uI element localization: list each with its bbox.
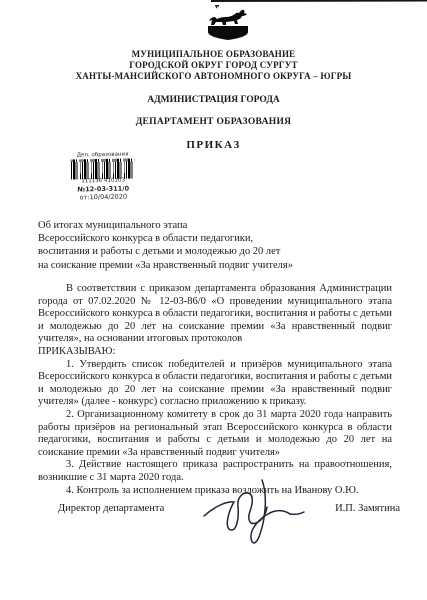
org-line-2: ГОРОДСКОЙ ОКРУГ ГОРОД СУРГУТ: [0, 60, 427, 71]
subject-line-4: на соискание премии «За нравственный под…: [38, 259, 383, 272]
signer-position: Директор департамента: [58, 503, 164, 514]
order-body: В соответствии с приказом департамента о…: [38, 283, 392, 497]
signature-row: Директор департамента И.П. Замятина: [58, 503, 400, 514]
document-number: №12-03-311/0: [69, 184, 137, 193]
order-item-1: 1. Утвердить список победителей и призёр…: [38, 359, 392, 409]
barcode: [71, 158, 135, 179]
order-subject: Об итогах муниципального этапа Всероссий…: [38, 219, 383, 272]
stamp-department-label: Деп. образования: [69, 151, 137, 158]
subject-line-3: воспитания и работы с детьми и молодежью…: [38, 245, 383, 258]
order-document-page: МУНИЦИПАЛЬНОЕ ОБРАЗОВАНИЕ ГОРОДСКОЙ ОКРУ…: [0, 0, 427, 600]
subject-line-2: Всероссийского конкурса в области педаго…: [38, 232, 383, 245]
document-date: от:10/04/2020: [69, 192, 137, 201]
scan-artifact-line: [211, 0, 427, 2]
issuing-org-block: МУНИЦИПАЛЬНОЕ ОБРАЗОВАНИЕ ГОРОДСКОЙ ОКРУ…: [0, 49, 427, 82]
org-line-1: МУНИЦИПАЛЬНОЕ ОБРАЗОВАНИЕ: [0, 49, 427, 60]
decree-word: ПРИКАЗЫВАЮ:: [38, 346, 392, 359]
subject-line-1: Об итогах муниципального этапа: [38, 219, 383, 232]
intro-paragraph: В соответствии с приказом департамента о…: [38, 283, 392, 346]
org-line-3: ХАНТЫ-МАНСИЙСКОГО АВТОНОМНОГО ОКРУГА – Ю…: [0, 71, 427, 82]
document-type-title: ПРИКАЗ: [0, 139, 427, 151]
registration-stamp: Деп. образования 111136 410103 №12-03-31…: [69, 151, 138, 201]
administration-title: АДМИНИСТРАЦИЯ ГОРОДА: [0, 95, 427, 105]
order-item-2: 2. Организационному комитету в срок до 3…: [38, 409, 392, 459]
surgut-coat-of-arms-icon: [206, 5, 250, 40]
signer-name: И.П. Замятина: [335, 503, 400, 514]
department-title: ДЕПАРТАМЕНТ ОБРАЗОВАНИЯ: [0, 117, 427, 127]
